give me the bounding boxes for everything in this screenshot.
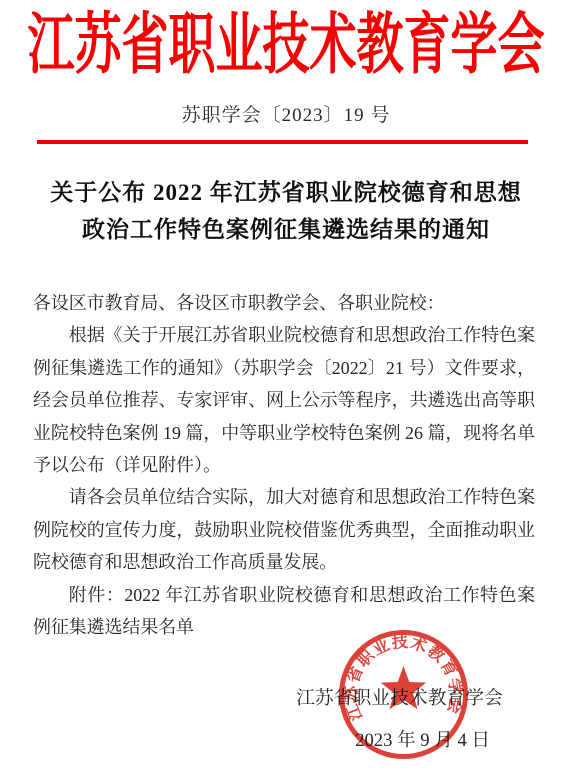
letterhead-org-name: 江苏省职业技术教育学会	[0, 13, 572, 60]
body-line-salutation: 各设区市教育局、各设区市职教学会、各职业院校：	[33, 287, 535, 319]
signature-org-name: 江苏省职业技术教育学会	[296, 684, 503, 710]
body-line: 院校德育和思想政治工作高质量发展。	[33, 546, 535, 578]
document-page: 江苏省职业技术教育学会 苏职学会〔2023〕19 号 关于公布 2022 年江苏…	[0, 0, 572, 777]
body-line-attachment: 例征集遴选结果名单	[33, 611, 535, 643]
body-line-attachment: 附件：2022 年江苏省职业院校德育和思想政治工作特色案	[33, 579, 535, 611]
body-line: 经会员单位推荐、专家评审、网上公示等程序，共遴选出高等职	[33, 384, 535, 416]
document-title-line-2: 政治工作特色案例征集遴选结果的通知	[33, 211, 539, 248]
document-title-line-1: 关于公布 2022 年江苏省职业院校德育和思想	[33, 174, 539, 211]
body-line: 根据《关于开展江苏省职业院校德育和思想政治工作特色案	[33, 319, 535, 351]
document-body: 各设区市教育局、各设区市职教学会、各职业院校： 根据《关于开展江苏省职业院校德育…	[33, 287, 535, 643]
document-title: 关于公布 2022 年江苏省职业院校德育和思想 政治工作特色案例征集遴选结果的通…	[33, 174, 539, 248]
body-line: 请各会员单位结合实际，加大对德育和思想政治工作特色案	[33, 481, 535, 513]
letterhead-org-name-text: 江苏省职业技术教育学会	[28, 13, 545, 80]
body-line: 予以公布（详见附件）。	[33, 449, 535, 481]
seal-arc-text: 江苏省职业技术教育学会	[341, 633, 466, 724]
letterhead-divider-rule	[37, 140, 528, 144]
document-number: 苏职学会〔2023〕19 号	[0, 100, 572, 127]
body-line: 业院校特色案例 19 篇，中等职业学校特色案例 26 篇，现将名单	[33, 417, 535, 449]
body-line: 例院校的宣传力度，鼓励职业院校借鉴优秀典型，全面推动职业	[33, 514, 535, 546]
signature-date: 2023 年 9 月 4 日	[355, 726, 490, 752]
svg-text:江苏省职业技术教育学会: 江苏省职业技术教育学会	[341, 633, 466, 724]
body-line: 例征集遴选工作的通知》（苏职学会〔2022〕21 号）文件要求，	[33, 352, 535, 384]
